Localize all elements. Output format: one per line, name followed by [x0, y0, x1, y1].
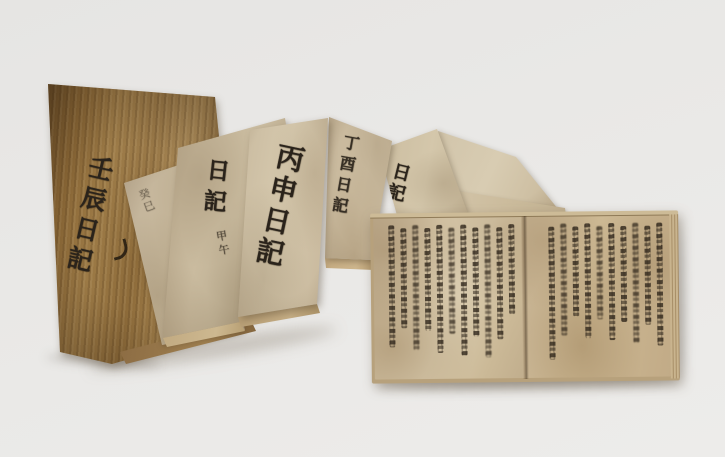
open-diary-page-stack-edge	[669, 214, 680, 378]
handwriting-column	[584, 223, 592, 338]
handwriting-column	[496, 227, 504, 339]
open-diary-right-page	[521, 215, 671, 378]
handwriting-column	[644, 226, 652, 325]
handwriting-column	[436, 225, 444, 353]
open-diary	[370, 210, 680, 383]
handwriting-column	[400, 228, 408, 328]
diary-cover-byeongsin: 丙申日記	[230, 108, 342, 323]
handwriting-column	[508, 224, 515, 314]
handwriting-column	[656, 223, 664, 346]
handwriting-column	[596, 226, 603, 319]
imjin-title: 壬辰日記	[62, 153, 114, 279]
handwriting-column	[548, 227, 556, 360]
handwriting-column	[572, 226, 579, 316]
handwriting-column	[484, 224, 492, 357]
handwriting-column	[632, 223, 640, 343]
gabo-subtitle: 甲午	[215, 229, 231, 258]
handwriting-column	[608, 223, 616, 340]
photo-scene: 壬辰日記 癸巳 日記 甲午 日記 丁酉日記 丙申日記	[0, 0, 725, 457]
handwriting-column	[424, 228, 432, 331]
gabo-title: 日記	[200, 157, 229, 221]
open-diary-left-page	[373, 217, 523, 380]
gyesa-title: 癸巳	[137, 187, 156, 215]
handwriting-column	[412, 225, 420, 350]
handwriting-column	[620, 226, 628, 322]
handwriting-column	[388, 225, 396, 347]
handwriting-column	[560, 224, 568, 336]
byeongsin-title: 丙申日記	[251, 140, 305, 271]
byeongsin-cover-face: 丙申日記	[230, 108, 342, 323]
handwriting-column	[448, 228, 456, 334]
handwriting-column	[472, 227, 480, 336]
handwriting-column	[460, 225, 468, 356]
